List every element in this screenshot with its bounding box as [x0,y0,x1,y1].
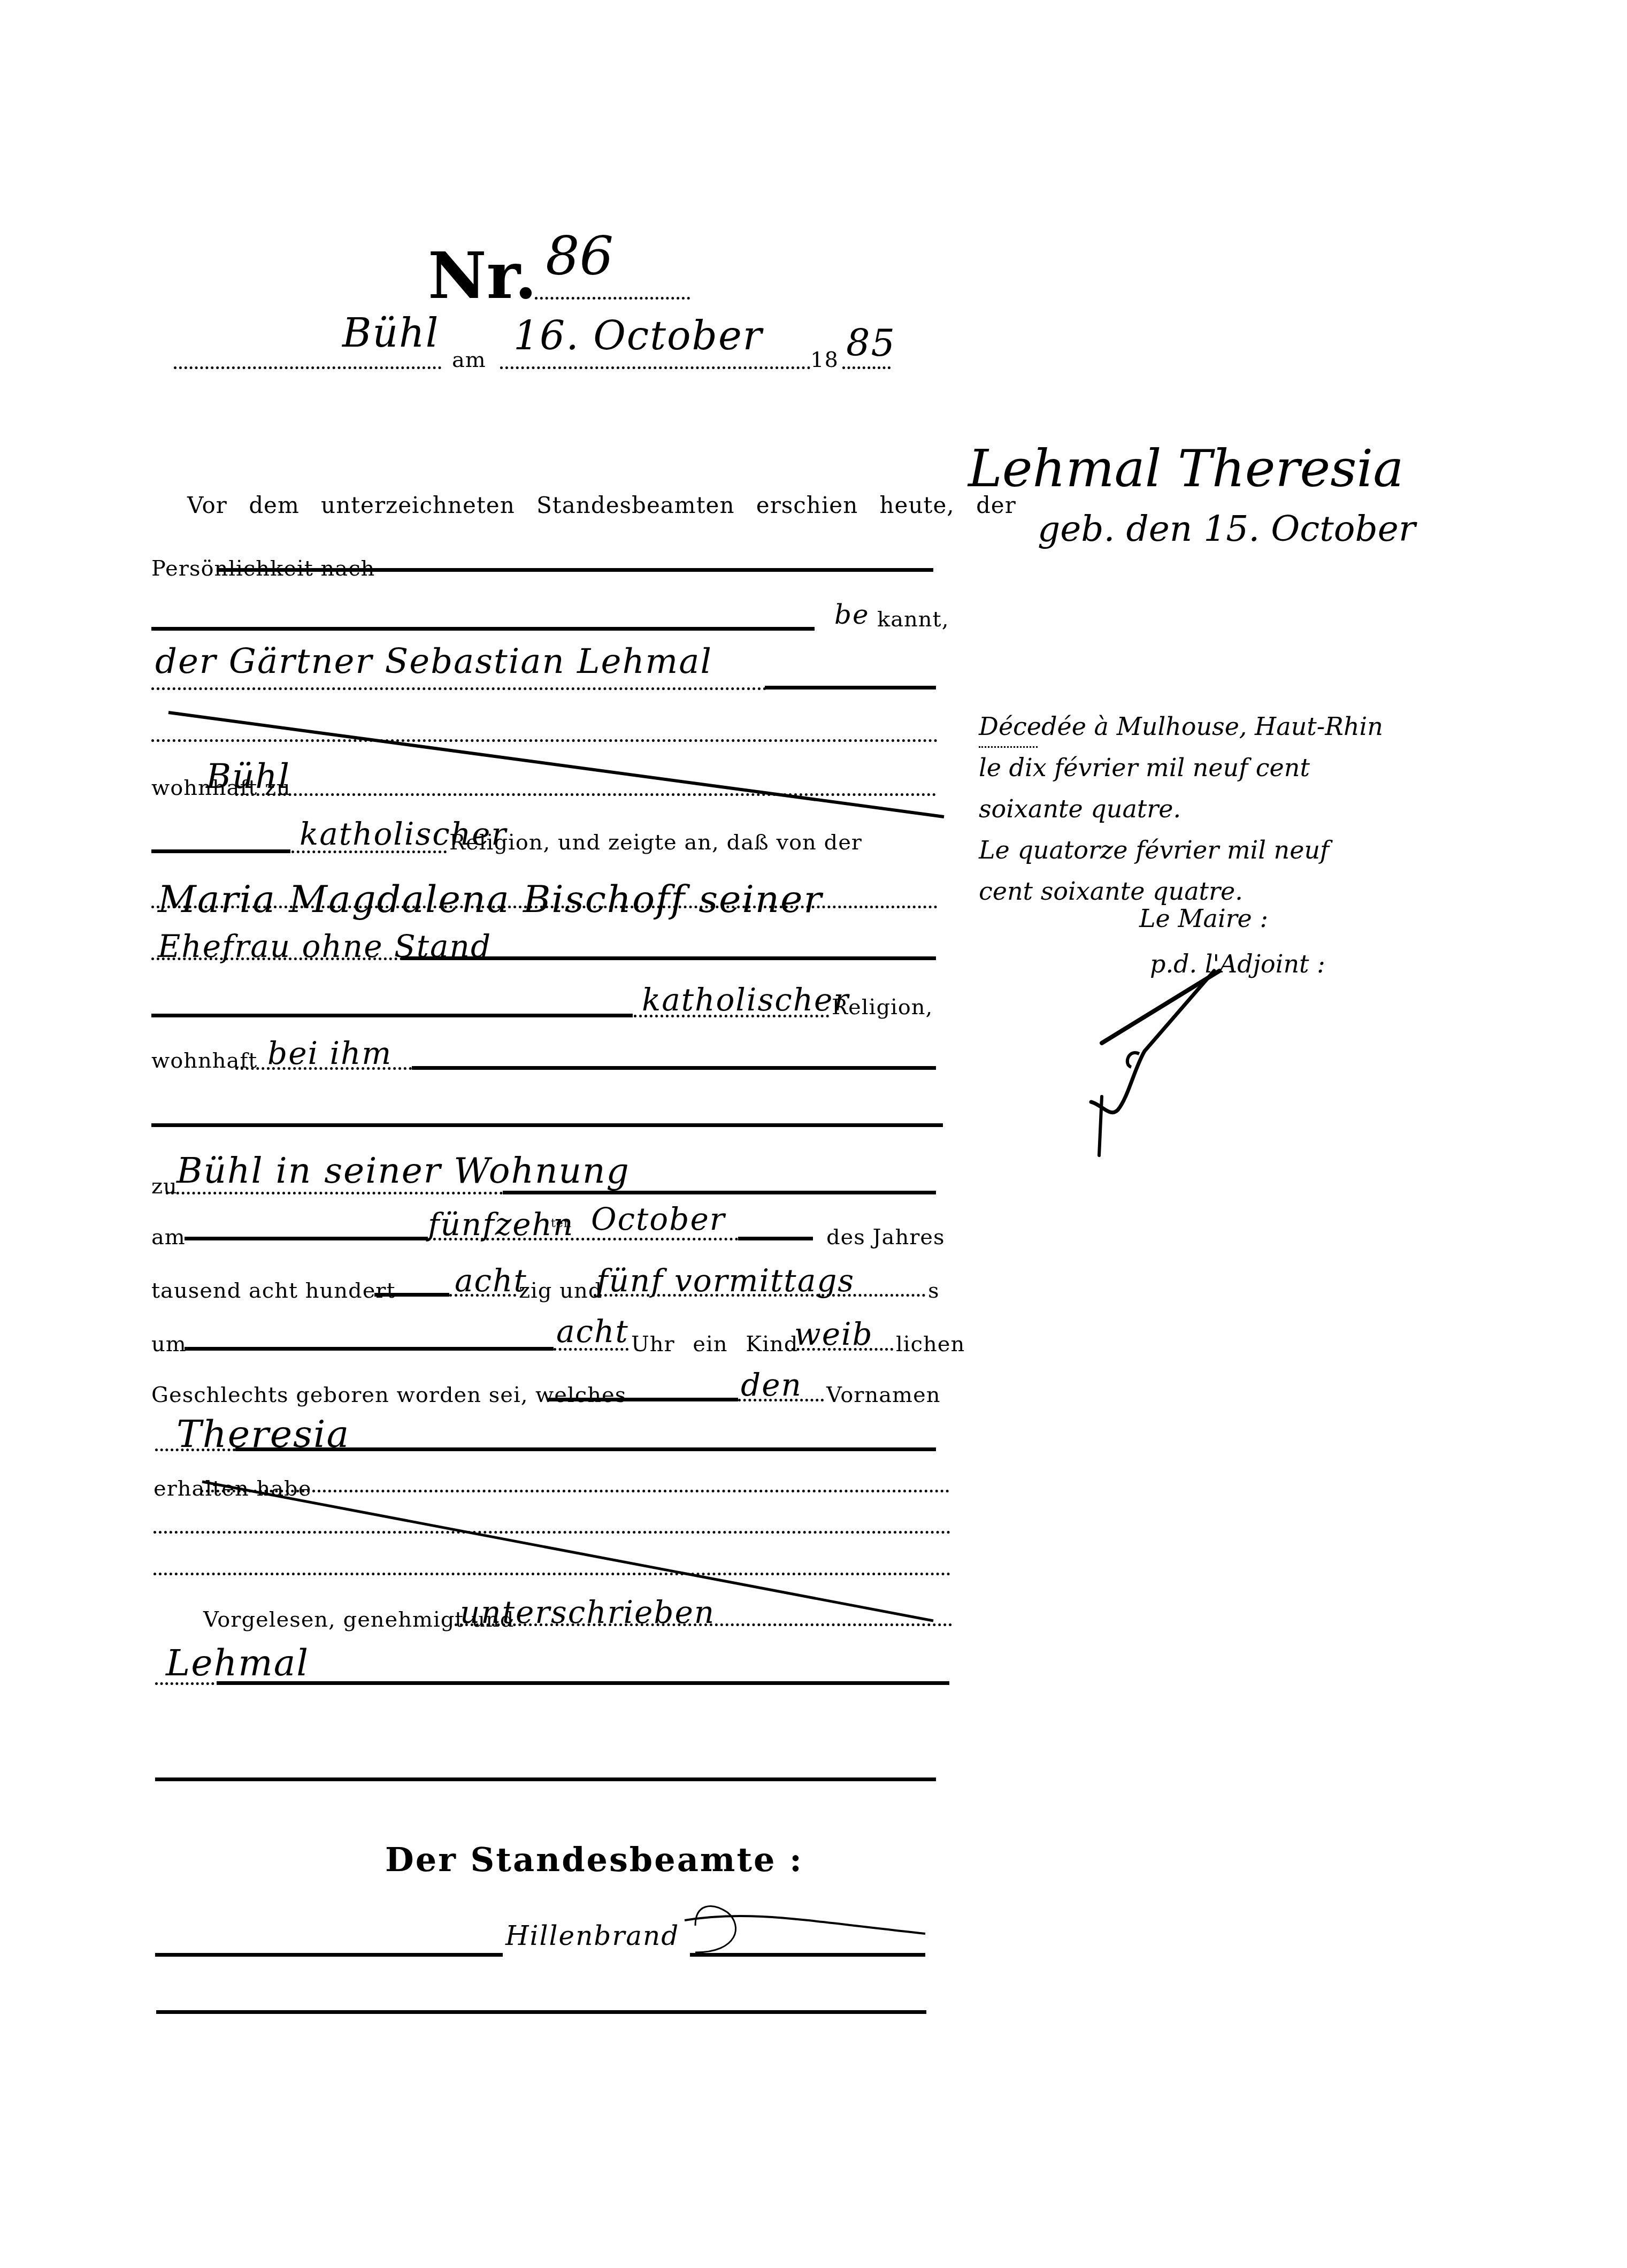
adjoint-signature-stroke-2 [1091,971,1214,1113]
cancel-line-erhalten [202,1482,933,1621]
registrar-flourish-tail [685,1916,925,1934]
cancel-line-informant [168,712,944,817]
registrar-flourish-loop [695,1906,736,1952]
strike-lines-overlay [0,0,1627,2268]
